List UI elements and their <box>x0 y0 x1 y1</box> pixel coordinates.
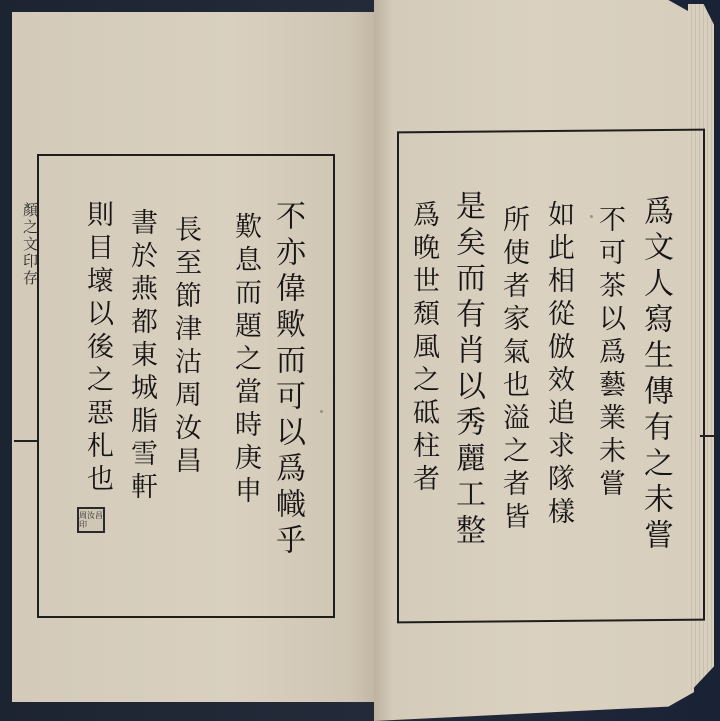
paper-spot <box>320 410 323 413</box>
right-column-4: 所使者家氣也溢之者皆 <box>500 205 527 535</box>
right-column-2: 不可茶以爲藝業未嘗 <box>596 205 623 502</box>
seal-stamp-icon: 周汝昌印 <box>77 507 105 533</box>
right-column-3: 如此相從倣效追求隊樣 <box>545 200 572 530</box>
margin-rule <box>14 440 38 442</box>
right-column-6: 爲晚世頹風之砥柱者 <box>410 200 437 497</box>
left-column-2: 歎息而題之當時庚申 <box>232 212 259 509</box>
right-column-5: 是矣而有肖以秀麗工整 <box>452 190 482 550</box>
paper-spot <box>590 215 593 218</box>
left-column-5: 則目壞以後之惡札也 <box>84 200 111 497</box>
left-column-4: 書於燕都東城脂雪軒 <box>128 208 155 505</box>
right-column-1: 爲文人寫生傳有之未嘗 <box>640 195 670 555</box>
left-column-1: 不亦偉歟而可以爲幟乎 <box>272 200 302 560</box>
margin-rule-right <box>700 435 718 437</box>
left-column-3: 長至節津沽周汝昌 <box>172 215 199 479</box>
